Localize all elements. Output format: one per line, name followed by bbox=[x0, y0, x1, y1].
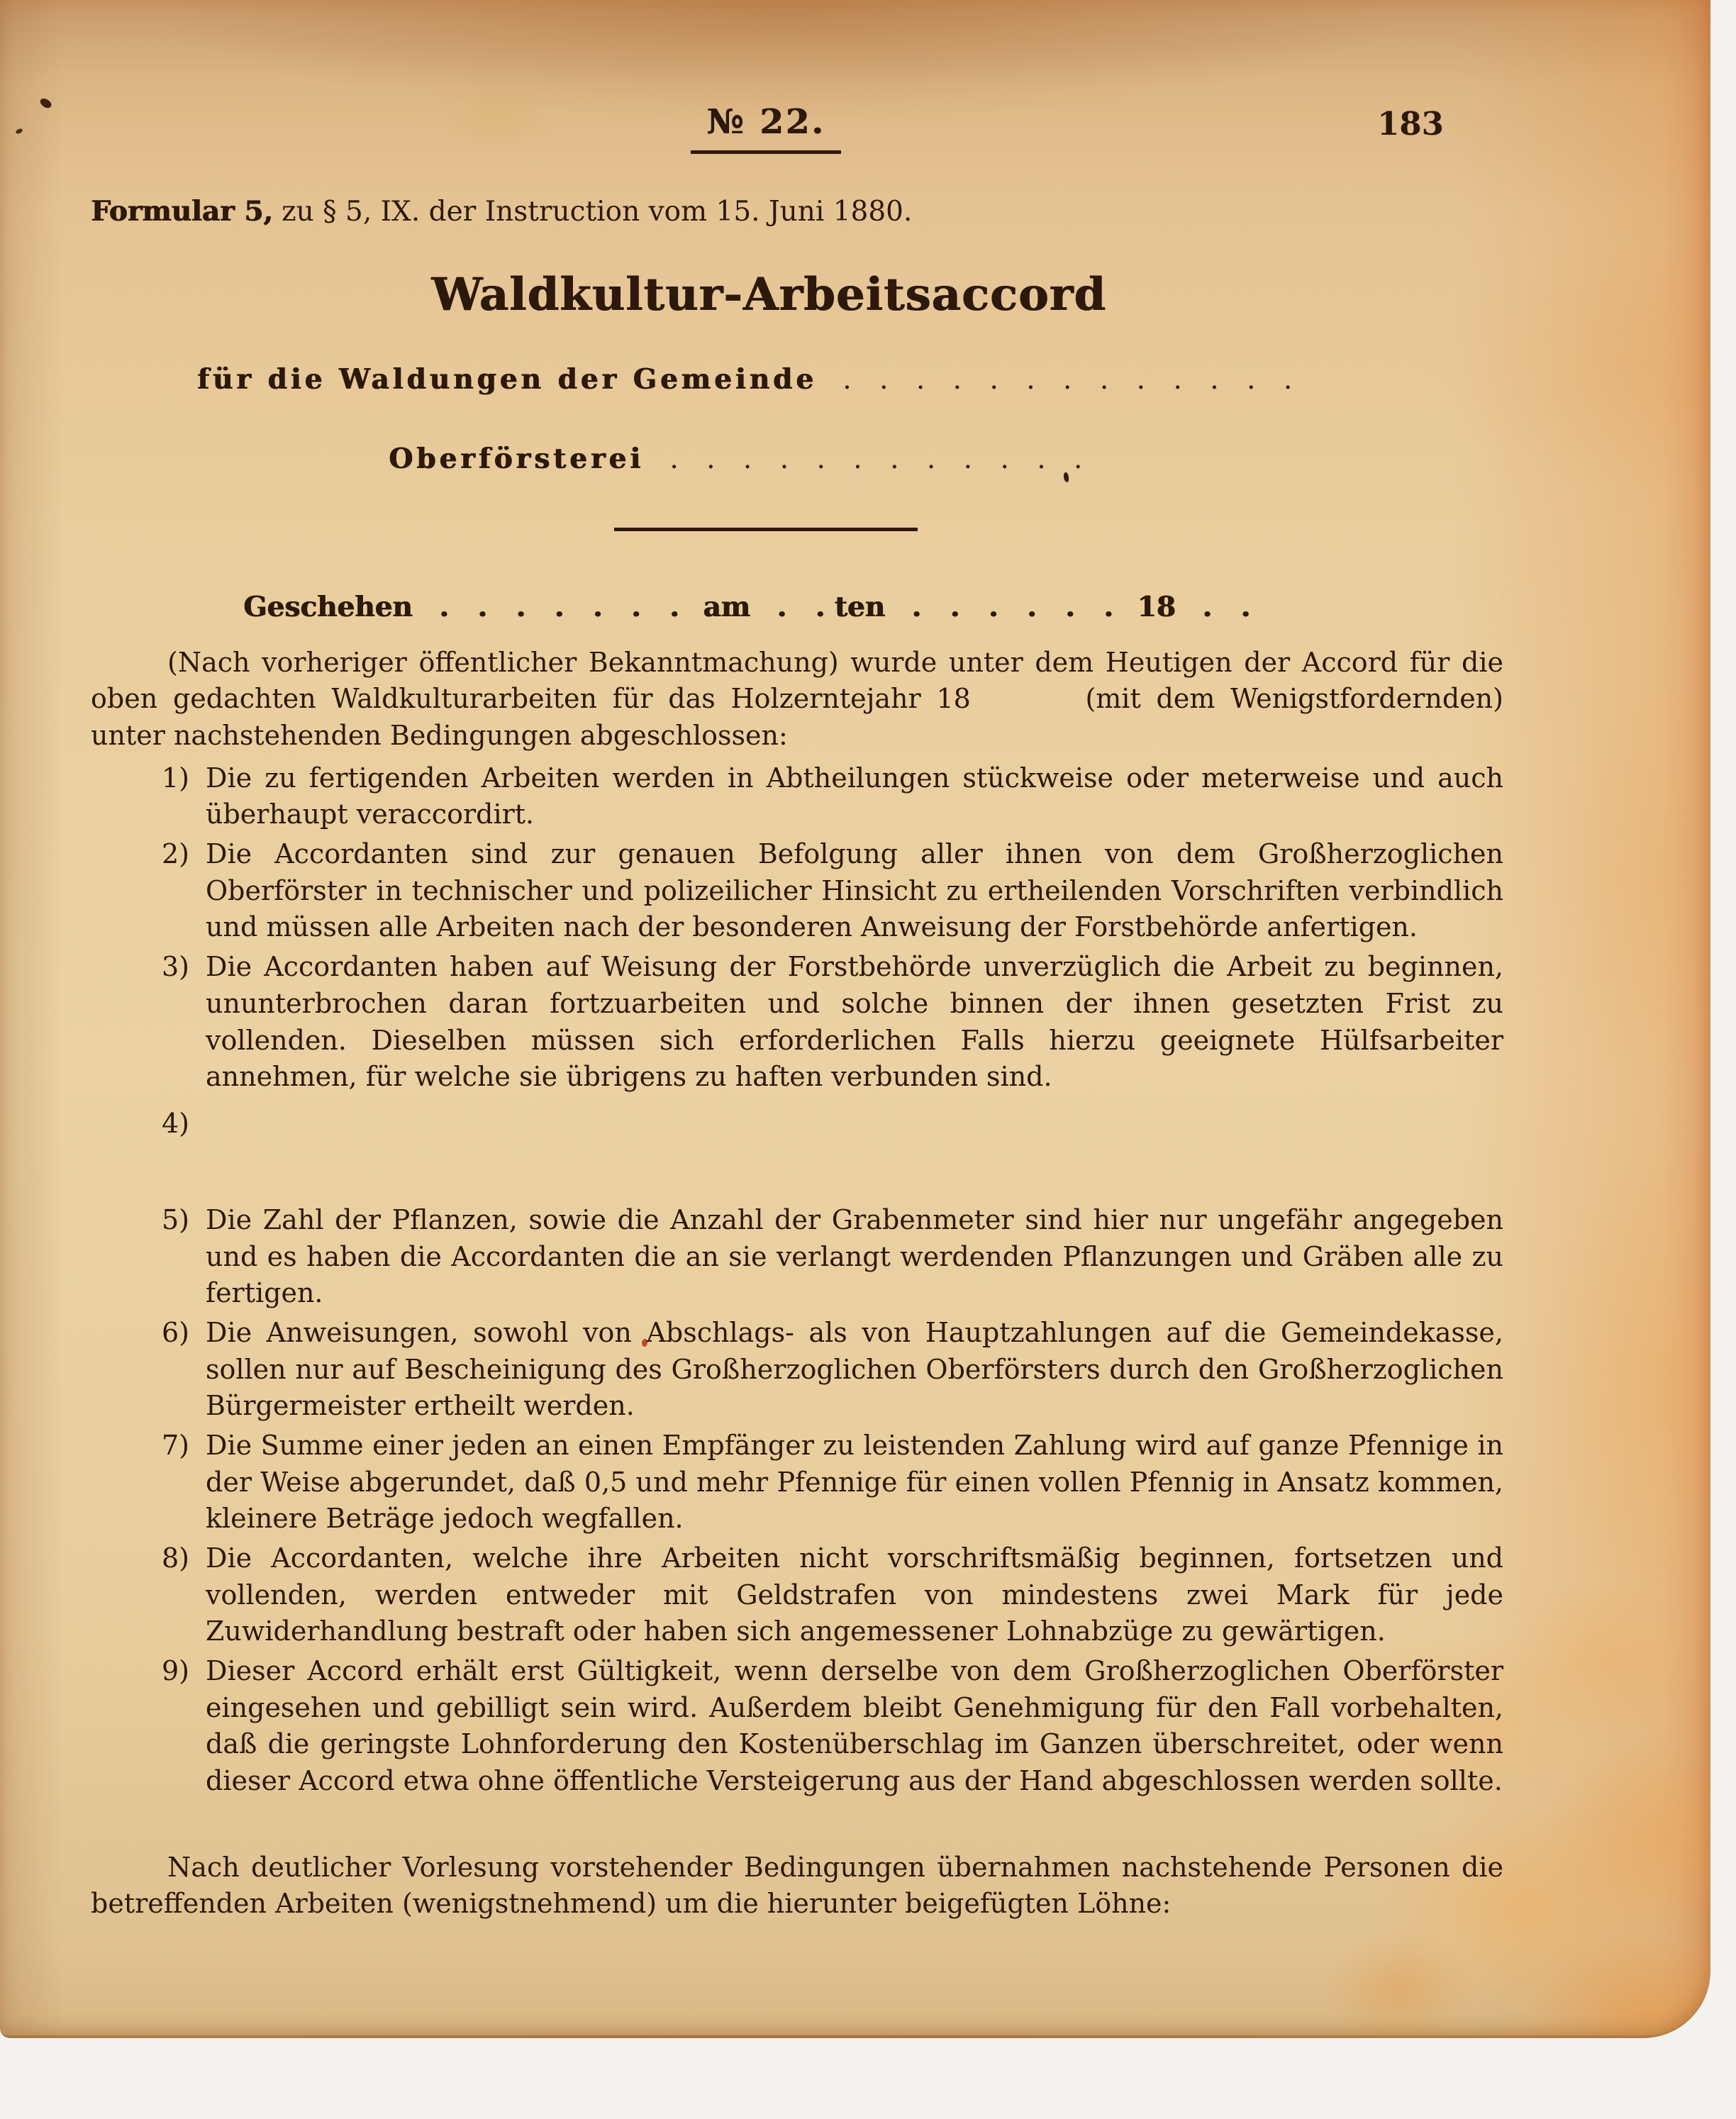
gemeinde-fill-line: für die Waldungen der Gemeinde . . . . .… bbox=[197, 363, 1503, 397]
paper-sheet: № 22. 183 Formular 5, zu § 5, IX. der In… bbox=[0, 0, 1710, 2038]
condition-item-4-blank: 4) bbox=[91, 1106, 1503, 1142]
condition-text: Die Accordanten sind zur genauen Befolgu… bbox=[206, 836, 1503, 946]
intro-paragraph: (Nach vorheriger öffentlicher Bekanntmac… bbox=[91, 645, 1503, 755]
section-divider-rule bbox=[614, 528, 918, 531]
ink-speck bbox=[15, 128, 23, 134]
year-dotted-blank: . . bbox=[1202, 591, 1250, 623]
page-number: 183 bbox=[1377, 105, 1444, 143]
condition-item-6: 6) Die Anweisungen, sowohl von Abschlags… bbox=[91, 1315, 1503, 1425]
issue-number-block: № 22. bbox=[691, 104, 841, 154]
gemeinde-label: für die Waldungen der Gemeinde bbox=[197, 363, 817, 396]
condition-text: Die Accordanten haben auf Weisung der Fo… bbox=[206, 949, 1503, 1096]
condition-item-9: 9) Dieser Accord erhält erst Gültigkeit,… bbox=[91, 1653, 1503, 1800]
oberfoersterei-fill-line: Oberförsterei . . . . . . . . . . . . bbox=[389, 443, 1503, 477]
condition-item-3: 3) Die Accordanten haben auf Weisung der… bbox=[91, 949, 1503, 1096]
condition-number: 9) bbox=[162, 1653, 206, 1800]
day-dotted-blank: . . bbox=[777, 591, 825, 623]
formular-reference-text: zu § 5, IX. der Instruction vom 15. Juni… bbox=[282, 196, 912, 228]
page-header: № 22. 183 bbox=[91, 104, 1503, 154]
formular-reference-line: Formular 5, zu § 5, IX. der Instruction … bbox=[91, 195, 1503, 229]
condition-number: 4) bbox=[162, 1106, 206, 1142]
condition-text: Die Summe einer jeden an einen Empfänger… bbox=[206, 1428, 1503, 1537]
ink-speck bbox=[38, 96, 52, 110]
condition-text: Die zu fertigenden Arbeiten werden in Ab… bbox=[206, 760, 1503, 833]
condition-text: Die Anweisungen, sowohl von Abschlags- a… bbox=[206, 1315, 1503, 1425]
document-title: Waldkultur-Arbeitsaccord bbox=[62, 269, 1475, 321]
issue-number: № 22. bbox=[691, 104, 841, 141]
condition-text: Dieser Accord erhält erst Gültigkeit, we… bbox=[206, 1653, 1503, 1800]
closing-paragraph: Nach deutlicher Vorlesung vorstehender B… bbox=[91, 1850, 1503, 1923]
month-dotted-blank: . . . . . . bbox=[911, 591, 1113, 623]
condition-item-7: 7) Die Summe einer jeden an einen Empfän… bbox=[91, 1428, 1503, 1537]
condition-number: 2) bbox=[162, 836, 206, 946]
year-prefix: 18 bbox=[1137, 591, 1175, 623]
condition-item-8: 8) Die Accordanten, welche ihre Arbeiten… bbox=[91, 1540, 1503, 1650]
place-dotted-blank: . . . . . . . bbox=[439, 591, 679, 623]
date-fill-line: Geschehen . . . . . . . am . . ten . . .… bbox=[243, 591, 1503, 623]
am-label: am bbox=[703, 591, 750, 623]
condition-item-2: 2) Die Accordanten sind zur genauen Befo… bbox=[91, 836, 1503, 946]
ten-label: ten bbox=[835, 591, 885, 623]
oberfoersterei-dotted-blank: . . . . . . . . . . . . bbox=[669, 443, 1082, 475]
condition-number: 3) bbox=[162, 949, 206, 1096]
geschehen-label: Geschehen bbox=[243, 591, 413, 623]
condition-text: Die Zahl der Pflanzen, sowie die Anzahl … bbox=[206, 1202, 1503, 1312]
condition-item-5: 5) Die Zahl der Pflanzen, sowie die Anza… bbox=[91, 1202, 1503, 1312]
document-content: № 22. 183 Formular 5, zu § 5, IX. der In… bbox=[91, 0, 1503, 1923]
gemeinde-dotted-blank: . . . . . . . . . . . . . bbox=[842, 364, 1292, 396]
condition-number: 5) bbox=[162, 1202, 206, 1312]
conditions-list: 1) Die zu fertigenden Arbeiten werden in… bbox=[91, 760, 1503, 1800]
condition-number: 1) bbox=[162, 760, 206, 833]
condition-text: Die Accordanten, welche ihre Arbeiten ni… bbox=[206, 1540, 1503, 1650]
condition-item-1: 1) Die zu fertigenden Arbeiten werden in… bbox=[91, 760, 1503, 833]
condition-number: 8) bbox=[162, 1540, 206, 1650]
scanned-page: № 22. 183 Formular 5, zu § 5, IX. der In… bbox=[0, 0, 1736, 2119]
condition-blank-space bbox=[206, 1106, 1503, 1142]
issue-underline bbox=[691, 150, 841, 154]
formular-label: Formular 5, bbox=[91, 195, 273, 228]
oberfoersterei-label: Oberförsterei bbox=[389, 443, 644, 475]
condition-number: 7) bbox=[162, 1428, 206, 1537]
condition-number: 6) bbox=[162, 1315, 206, 1425]
